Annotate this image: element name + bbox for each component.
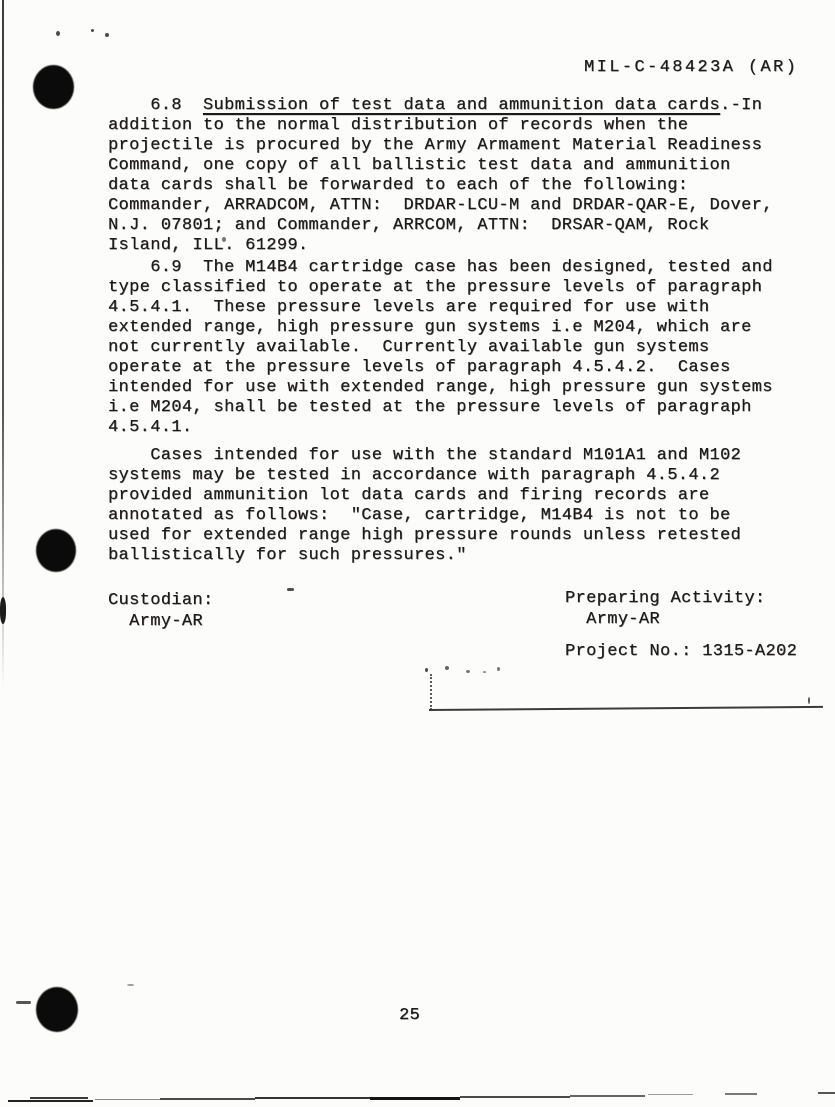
paragraph-line: Cases intended for use with the standard… xyxy=(108,446,741,466)
paragraph-line: ballistically for such pressures." xyxy=(108,546,741,566)
scan-bottom-line xyxy=(255,1097,370,1099)
paragraph-6-9: 6.9 The M14B4 cartridge case has been de… xyxy=(108,258,773,438)
paragraph-note: Cases intended for use with the standard… xyxy=(108,446,741,566)
custodian-block: Custodian: Army-AR xyxy=(108,590,214,632)
heading-tail: .-In xyxy=(720,96,762,115)
scanned-document-page: MIL-C-48423A (AR) 6.8 Submission of test… xyxy=(0,0,835,1107)
form-box-left-edge xyxy=(430,674,432,710)
paragraph-line: i.e M204, shall be tested at the pressur… xyxy=(108,398,773,418)
paragraph-line: Commander, ARRADCOM, ATTN: DRDAR-LCU-M a… xyxy=(108,196,773,216)
scan-speck xyxy=(808,697,810,704)
paragraph-line: Island, ILL. 61299. xyxy=(108,236,773,256)
scan-speck xyxy=(91,29,94,32)
paragraph-line: data cards shall be forwarded to each of… xyxy=(108,176,773,196)
preparing-activity-block: Preparing Activity: Army-AR xyxy=(565,588,765,630)
preparing-activity-value: Army-AR xyxy=(565,609,765,630)
scan-edge-mark xyxy=(0,597,6,624)
punch-hole-icon xyxy=(36,529,76,572)
paragraph-line: Command, one copy of all ballistic test … xyxy=(108,156,773,176)
scan-speck xyxy=(287,588,294,591)
paragraph-line: provided ammunition lot data cards and f… xyxy=(108,486,741,506)
custodian-value: Army-AR xyxy=(108,611,214,632)
paragraph-line: N.J. 07801; and Commander, ARRCOM, ATTN:… xyxy=(108,216,773,236)
preparing-activity-label: Preparing Activity: xyxy=(565,588,765,609)
paragraph-line: annotated as follows: "Case, cartridge, … xyxy=(108,506,741,526)
scan-speck xyxy=(105,33,109,37)
section-number: 6.8 xyxy=(108,96,203,115)
custodian-label: Custodian: xyxy=(108,590,214,611)
paragraph-line: 4.5.4.1. xyxy=(108,418,773,438)
project-number-text: Project No.: 1315-A202 xyxy=(565,641,797,662)
paragraph-line: projectile is procured by the Army Armam… xyxy=(108,136,773,156)
paragraph-line: 4.5.4.1. These pressure levels are requi… xyxy=(108,298,773,318)
scan-bottom-line xyxy=(160,1098,255,1100)
scan-edge-line xyxy=(2,0,4,688)
paragraph-line: 6.9 The M14B4 cartridge case has been de… xyxy=(108,258,773,278)
scan-bottom-line xyxy=(95,1099,160,1100)
scan-bottom-line xyxy=(460,1096,570,1098)
scan-speck xyxy=(56,31,60,36)
scan-bottom-line xyxy=(648,1094,693,1095)
document-id: MIL-C-48423A (AR) xyxy=(584,58,798,78)
scan-speck xyxy=(16,1001,31,1004)
paragraph-line: not currently available. Currently avail… xyxy=(108,338,773,358)
scan-speck xyxy=(483,671,486,673)
scan-bottom-line xyxy=(370,1097,460,1100)
paragraph-line: extended range, high pressure gun system… xyxy=(108,318,773,338)
paragraph-line: type classified to operate at the pressu… xyxy=(108,278,773,298)
punch-hole-icon xyxy=(36,987,78,1032)
paragraph-line: used for extended range high pressure ro… xyxy=(108,526,741,546)
scan-speck xyxy=(127,984,134,986)
paragraph-line: intended for use with extended range, hi… xyxy=(108,378,773,398)
section-heading: Submission of test data and ammunition d… xyxy=(203,96,720,115)
scan-bottom-line xyxy=(570,1095,645,1097)
paragraph-6-8: 6.8 Submission of test data and ammuniti… xyxy=(108,96,773,256)
page-number: 25 xyxy=(399,1006,420,1026)
paragraph-line: systems may be tested in accordance with… xyxy=(108,466,741,486)
scan-speck xyxy=(497,667,500,671)
scan-bottom-line xyxy=(818,1092,835,1094)
paragraph-line: 6.8 Submission of test data and ammuniti… xyxy=(108,96,773,116)
paragraph-line: addition to the normal distribution of r… xyxy=(108,116,773,136)
scan-bottom-line xyxy=(8,1100,93,1102)
form-box-bottom-edge xyxy=(429,706,823,711)
scan-bottom-line xyxy=(725,1093,757,1095)
punch-hole-icon xyxy=(33,65,74,109)
paragraph-line: operate at the pressure levels of paragr… xyxy=(108,358,773,378)
scan-bottom-line xyxy=(30,1097,88,1099)
scan-speck xyxy=(466,670,470,673)
scan-speck xyxy=(445,666,449,670)
project-number: Project No.: 1315-A202 xyxy=(565,641,797,662)
scan-speck xyxy=(425,668,428,672)
